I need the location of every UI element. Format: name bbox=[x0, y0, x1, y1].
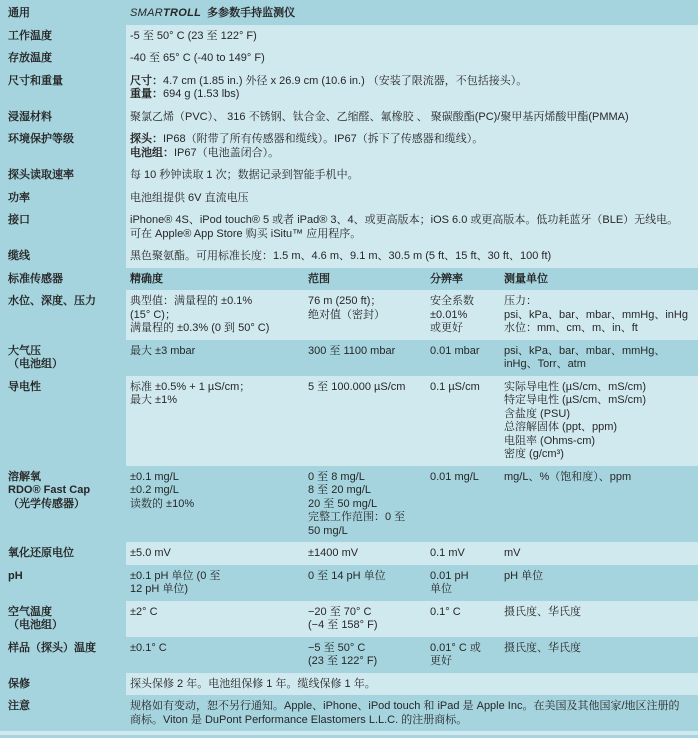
accuracy-cell: 标准 ±0.5% + 1 µS/cm； 最大 ±1% bbox=[126, 376, 304, 466]
spec-row-power: 功率 电池组提供 6V 直流电压 bbox=[0, 187, 698, 210]
row-label: 工作温度 bbox=[0, 25, 126, 48]
row-label: 探头读取速率 bbox=[0, 164, 126, 187]
row-values: 典型值：满量程的 ±0.1% (15° C)； 满量程的 ±0.3% (0 到 … bbox=[126, 290, 698, 340]
spec-row-cable: 缆线 黑色聚氨酯。可用标准长度：1.5 m、4.6 m、9.1 m、30.5 m… bbox=[0, 245, 698, 268]
sensor-table-header: 标准传感器 精确度 范围 分辨率 测量单位 bbox=[0, 268, 698, 291]
product-title: SMARTROLL多参数手持监测仪 bbox=[126, 2, 698, 25]
spec-row-notice: 注意 规格如有变动，恕不另行通知。Apple、iPhone、iPod touch… bbox=[0, 695, 698, 731]
row-values: ±0.1 pH 单位 (0 至 12 pH 单位) 0 至 14 pH 单位 0… bbox=[126, 565, 698, 601]
row-value: 探头保修 2 年。电池组保修 1 年。缆线保修 1 年。 bbox=[130, 678, 376, 690]
row-value: 尺寸：4.7 cm (1.85 in.) 外径 x 26.9 cm (10.6 … bbox=[126, 70, 698, 106]
units-cell: 实际导电性 (µS/cm、mS/cm) 特定导电性 (µS/cm、mS/cm) … bbox=[500, 376, 698, 466]
units-cell: mV bbox=[500, 542, 698, 565]
row-label: 接口 bbox=[0, 209, 126, 245]
spec-row-wetted-materials: 浸湿材料 聚氯乙烯（PVC）、 316 不锈钢、钛合金、乙缩醛、氟橡胶 、 聚碳… bbox=[0, 106, 698, 129]
range-cell: −5 至 50° C (23 至 122° F) bbox=[304, 637, 426, 673]
row-value: 电池组提供 6V 直流电压 bbox=[130, 192, 249, 204]
units-cell: 摄氏度、华氏度 bbox=[500, 601, 698, 637]
row-label: 大气压 （电池组） bbox=[0, 340, 126, 376]
row-values: ±0.1 mg/L ±0.2 mg/L 读数的 ±10% 0 至 8 mg/L … bbox=[126, 466, 698, 543]
row-label: 溶解氧 RDO® Fast Cap （光学传感器） bbox=[0, 466, 126, 543]
range-cell: 0 至 14 pH 单位 bbox=[304, 565, 426, 601]
row-label: 环境保护等级 bbox=[0, 128, 126, 164]
resolution-cell: 0.01 mbar bbox=[426, 340, 500, 376]
sensor-row-orp: 氧化还原电位 ±5.0 mV ±1400 mV 0.1 mV mV bbox=[0, 542, 698, 565]
row-values: 标准 ±0.5% + 1 µS/cm； 最大 ±1% 5 至 100.000 µ… bbox=[126, 376, 698, 466]
accuracy-cell: ±0.1 mg/L ±0.2 mg/L 读数的 ±10% bbox=[126, 466, 304, 543]
accuracy-cell: ±0.1° C bbox=[126, 637, 304, 673]
row-label: 导电性 bbox=[0, 376, 126, 466]
row-value: 规格如有变动，恕不另行通知。Apple、iPhone、iPod touch 和 … bbox=[130, 700, 680, 726]
row-label: pH bbox=[0, 565, 126, 601]
spec-row-warranty: 保修 探头保修 2 年。电池组保修 1 年。缆线保修 1 年。 bbox=[0, 673, 698, 696]
bottom-margin-strip bbox=[0, 731, 698, 735]
spec-row-storage-temp: 存放温度 -40 至 65° C (-40 to 149° F) bbox=[0, 47, 698, 70]
range-cell: ±1400 mV bbox=[304, 542, 426, 565]
column-header-units: 测量单位 bbox=[500, 268, 698, 291]
column-header-accuracy: 精确度 bbox=[126, 268, 304, 291]
range-cell: 300 至 1100 mbar bbox=[304, 340, 426, 376]
row-value: 每 10 秒钟读取 1 次；数据记录到智能手机中。 bbox=[130, 169, 359, 181]
units-cell: mg/L、%（饱和度）、ppm bbox=[500, 466, 698, 543]
units-cell: psi、kPa、bar、mbar、mmHg、 inHg、Torr、atm bbox=[500, 340, 698, 376]
resolution-cell: 0.01° C 或 更好 bbox=[426, 637, 500, 673]
resolution-cell: 0.01 mg/L bbox=[426, 466, 500, 543]
accuracy-cell: ±2° C bbox=[126, 601, 304, 637]
sensor-row-sample-temperature: 样品（探头）温度 ±0.1° C −5 至 50° C (23 至 122° F… bbox=[0, 637, 698, 673]
spec-row-general: 通用 SMARTROLL多参数手持监测仪 bbox=[0, 2, 698, 25]
sensor-row-water-level: 水位、深度、压力 典型值：满量程的 ±0.1% (15° C)； 满量程的 ±0… bbox=[0, 290, 698, 340]
column-headers: 精确度 范围 分辨率 测量单位 bbox=[126, 268, 698, 291]
spec-row-environmental-rating: 环境保护等级 探头：IP68（附带了所有传感器和缆线）。IP67（拆下了传感器和… bbox=[0, 128, 698, 164]
sensor-row-conductivity: 导电性 标准 ±0.5% + 1 µS/cm； 最大 ±1% 5 至 100.0… bbox=[0, 376, 698, 466]
weight-line: 重量：694 g (1.53 lbs) bbox=[130, 88, 690, 102]
battery-rating-line: 电池组：IP67（电池盖闭合）。 bbox=[130, 147, 690, 161]
row-value: 聚氯乙烯（PVC）、 316 不锈钢、钛合金、乙缩醛、氟橡胶 、 聚碳酸酯(PC… bbox=[130, 111, 629, 123]
row-values: ±0.1° C −5 至 50° C (23 至 122° F) 0.01° C… bbox=[126, 637, 698, 673]
spec-row-reading-rate: 探头读取速率 每 10 秒钟读取 1 次；数据记录到智能手机中。 bbox=[0, 164, 698, 187]
row-label: 样品（探头）温度 bbox=[0, 637, 126, 673]
row-label: 保修 bbox=[0, 673, 126, 696]
accuracy-cell: 典型值：满量程的 ±0.1% (15° C)； 满量程的 ±0.3% (0 到 … bbox=[126, 290, 304, 340]
row-value: 探头：IP68（附带了所有传感器和缆线）。IP67（拆下了传感器和缆线）。 电池… bbox=[126, 128, 698, 164]
resolution-cell: 0.01 pH 单位 bbox=[426, 565, 500, 601]
row-label: 空气温度 （电池组） bbox=[0, 601, 126, 637]
range-cell: 76 m (250 ft)； 绝对值（密封） bbox=[304, 290, 426, 340]
row-value: -5 至 50° C (23 至 122° F) bbox=[130, 30, 257, 42]
resolution-cell: 安全系数 ±0.01% 或更好 bbox=[426, 290, 500, 340]
range-cell: 0 至 8 mg/L 8 至 20 mg/L 20 至 50 mg/L 完整工作… bbox=[304, 466, 426, 543]
units-cell: 压力： psi、kPa、bar、mbar、mmHg、inHg 水位：mm、cm、… bbox=[500, 290, 698, 340]
row-value: -40 至 65° C (-40 to 149° F) bbox=[130, 52, 265, 64]
resolution-cell: 0.1° C bbox=[426, 601, 500, 637]
column-header-range: 范围 bbox=[304, 268, 426, 291]
column-header-sensors: 标准传感器 bbox=[0, 268, 126, 291]
row-label-general: 通用 bbox=[0, 2, 126, 25]
sensor-row-barometric-pressure: 大气压 （电池组） 最大 ±3 mbar 300 至 1100 mbar 0.0… bbox=[0, 340, 698, 376]
row-label: 浸湿材料 bbox=[0, 106, 126, 129]
row-label: 缆线 bbox=[0, 245, 126, 268]
row-values: ±5.0 mV ±1400 mV 0.1 mV mV bbox=[126, 542, 698, 565]
units-cell: pH 单位 bbox=[500, 565, 698, 601]
range-cell: 5 至 100.000 µS/cm bbox=[304, 376, 426, 466]
dimension-line: 尺寸：4.7 cm (1.85 in.) 外径 x 26.9 cm (10.6 … bbox=[130, 75, 690, 89]
row-label: 注意 bbox=[0, 695, 126, 731]
spec-sheet: 通用 SMARTROLL多参数手持监测仪 工作温度 -5 至 50° C (23… bbox=[0, 0, 698, 738]
spec-row-dimensions-weight: 尺寸和重量 尺寸：4.7 cm (1.85 in.) 外径 x 26.9 cm … bbox=[0, 70, 698, 106]
range-cell: −20 至 70° C (−4 至 158° F) bbox=[304, 601, 426, 637]
accuracy-cell: ±0.1 pH 单位 (0 至 12 pH 单位) bbox=[126, 565, 304, 601]
resolution-cell: 0.1 µS/cm bbox=[426, 376, 500, 466]
row-value: 黑色聚氨酯。可用标准长度：1.5 m、4.6 m、9.1 m、30.5 m (5… bbox=[130, 250, 551, 262]
row-label: 水位、深度、压力 bbox=[0, 290, 126, 340]
column-header-resolution: 分辨率 bbox=[426, 268, 500, 291]
row-value: iPhone® 4S、iPod touch® 5 或者 iPad® 3、4、或更… bbox=[130, 214, 678, 240]
row-label: 功率 bbox=[0, 187, 126, 210]
sensor-row-air-temperature: 空气温度 （电池组） ±2° C −20 至 70° C (−4 至 158° … bbox=[0, 601, 698, 637]
sensor-row-ph: pH ±0.1 pH 单位 (0 至 12 pH 单位) 0 至 14 pH 单… bbox=[0, 565, 698, 601]
sensor-row-dissolved-oxygen: 溶解氧 RDO® Fast Cap （光学传感器） ±0.1 mg/L ±0.2… bbox=[0, 466, 698, 543]
probe-rating-line: 探头：IP68（附带了所有传感器和缆线）。IP67（拆下了传感器和缆线）。 bbox=[130, 133, 690, 147]
resolution-cell: 0.1 mV bbox=[426, 542, 500, 565]
row-label: 氧化还原电位 bbox=[0, 542, 126, 565]
accuracy-cell: 最大 ±3 mbar bbox=[126, 340, 304, 376]
row-label: 存放温度 bbox=[0, 47, 126, 70]
spec-row-operating-temp: 工作温度 -5 至 50° C (23 至 122° F) bbox=[0, 25, 698, 48]
product-name: 多参数手持监测仪 bbox=[207, 7, 295, 19]
spec-row-interface: 接口 iPhone® 4S、iPod touch® 5 或者 iPad® 3、4… bbox=[0, 209, 698, 245]
row-values: ±2° C −20 至 70° C (−4 至 158° F) 0.1° C 摄… bbox=[126, 601, 698, 637]
row-label: 尺寸和重量 bbox=[0, 70, 126, 106]
brand-name-suffix: TROLL bbox=[163, 7, 201, 19]
row-values: 最大 ±3 mbar 300 至 1100 mbar 0.01 mbar psi… bbox=[126, 340, 698, 376]
units-cell: 摄氏度、华氏度 bbox=[500, 637, 698, 673]
accuracy-cell: ±5.0 mV bbox=[126, 542, 304, 565]
brand-name-prefix: SMAR bbox=[130, 7, 163, 19]
